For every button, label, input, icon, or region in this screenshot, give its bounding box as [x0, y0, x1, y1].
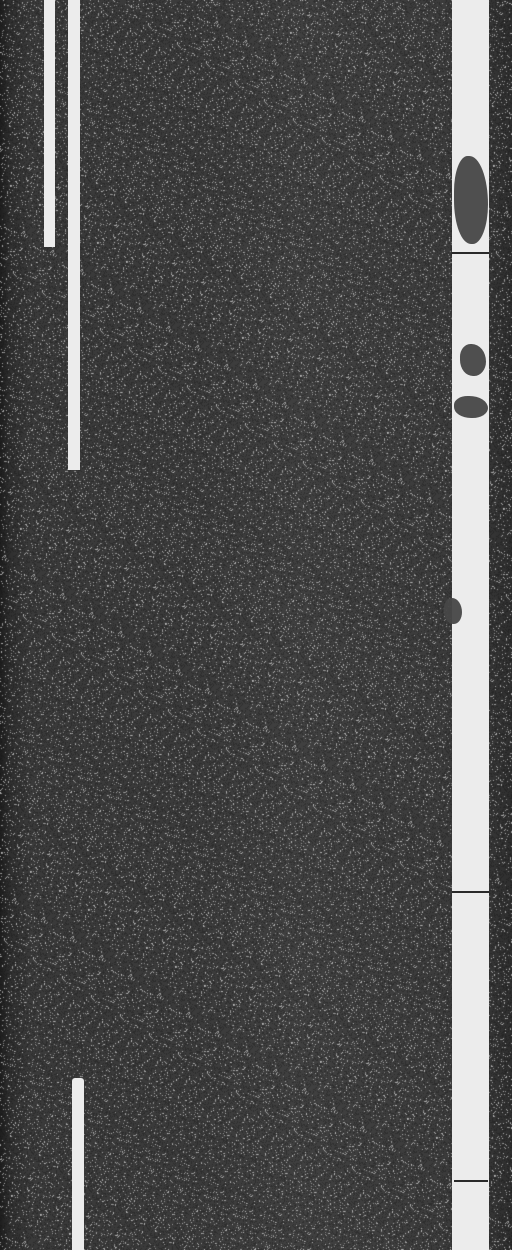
worn-patch — [454, 396, 488, 418]
road-surface: Dark grey asphalt with a double white li… — [0, 0, 512, 1250]
crack — [454, 1180, 488, 1182]
left-inner-line — [44, 0, 55, 247]
bottom-left-dash — [72, 1078, 84, 1250]
worn-patch — [444, 598, 462, 624]
crack — [452, 891, 489, 893]
left-outer-line — [68, 0, 80, 470]
crack — [452, 252, 489, 254]
worn-patch — [460, 344, 486, 376]
